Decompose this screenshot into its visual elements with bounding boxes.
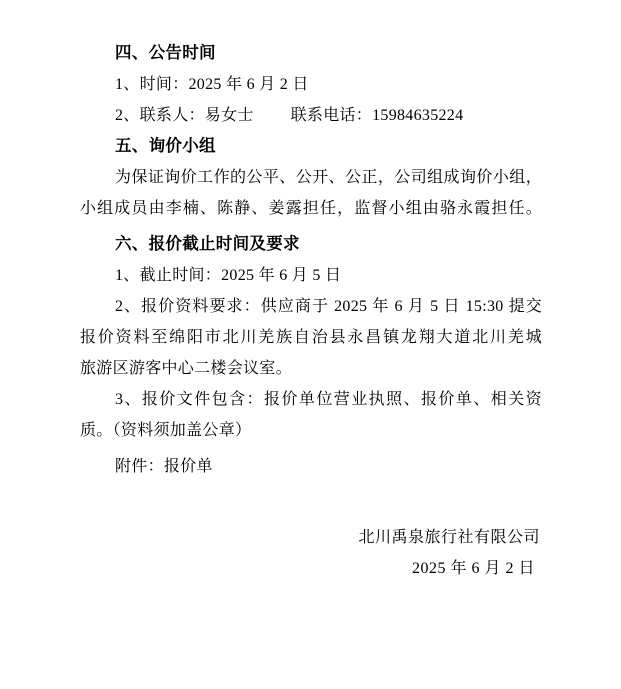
document-lines: 四、公告时间1、时间：2025 年 6 月 2 日2、联系人：易女士 联系电话：… bbox=[80, 38, 542, 482]
doc-line: 1、截止时间：2025 年 6 月 5 日 bbox=[80, 260, 542, 291]
doc-heading: 六、报价截止时间及要求 bbox=[80, 229, 542, 260]
signature-date: 2025 年 6 月 2 日 bbox=[80, 553, 542, 584]
doc-heading: 五、询价小组 bbox=[80, 131, 542, 162]
doc-line: 旅游区游客中心二楼会议室。 bbox=[80, 353, 542, 384]
doc-line: 为保证询价工作的公平、公开、公正，公司组成询价小组， bbox=[80, 162, 542, 193]
doc-line: 附件：报价单 bbox=[80, 451, 542, 482]
doc-line: 3、报价文件包含：报价单位营业执照、报价单、相关资 bbox=[80, 384, 542, 415]
doc-line: 2、报价资料要求：供应商于 2025 年 6 月 5 日 15:30 提交 bbox=[80, 291, 542, 322]
signature-company: 北川禹泉旅行社有限公司 bbox=[80, 522, 542, 553]
signature-block: 北川禹泉旅行社有限公司 2025 年 6 月 2 日 bbox=[80, 522, 542, 584]
doc-line: 小组成员由李楠、陈静、姜露担任，监督小组由骆永霞担任。 bbox=[80, 193, 542, 224]
doc-line: 2、联系人：易女士 联系电话：15984635224 bbox=[80, 100, 542, 131]
doc-line: 质。（资料须加盖公章） bbox=[80, 415, 542, 446]
doc-line: 报价资料至绵阳市北川羌族自治县永昌镇龙翔大道北川羌城 bbox=[80, 322, 542, 353]
document-page: 四、公告时间1、时间：2025 年 6 月 2 日2、联系人：易女士 联系电话：… bbox=[0, 0, 621, 689]
doc-heading: 四、公告时间 bbox=[80, 38, 542, 69]
document-content: 四、公告时间1、时间：2025 年 6 月 2 日2、联系人：易女士 联系电话：… bbox=[80, 38, 542, 584]
doc-line: 1、时间：2025 年 6 月 2 日 bbox=[80, 69, 542, 100]
